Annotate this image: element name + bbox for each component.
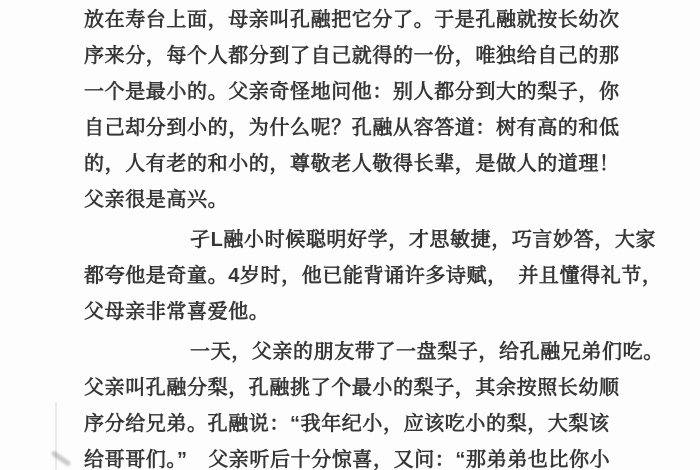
text-line: 都夸他是奇童。4岁时，他已能背诵许多诗赋， 并且懂得礼节， bbox=[84, 258, 680, 294]
paragraph: 孑L融小时候聪明好学，才思敏捷，巧言妙答，大家 都夸他是奇童。4岁时，他已能背诵… bbox=[84, 222, 680, 330]
paragraph: 放在寿台上面，母亲叫孔融把它分了。于是孔融就按长幼次 序来分，每个人都分到了自己… bbox=[84, 2, 680, 218]
text-line: 放在寿台上面，母亲叫孔融把它分了。于是孔融就按长幼次 bbox=[84, 2, 680, 38]
text-line: 孑L融小时候聪明好学，才思敏捷，巧言妙答，大家 bbox=[84, 222, 680, 258]
document-text: 放在寿台上面，母亲叫孔融把它分了。于是孔融就按长幼次 序来分，每个人都分到了自己… bbox=[0, 0, 700, 470]
text-line: 的，人有老的和小的，尊敬老人敬得长辈，是做人的道理！ bbox=[84, 146, 680, 182]
paragraph: 一天，父亲的朋友带了一盘梨子，给孔融兄弟们吃。 父亲叫孔融分梨，孔融挑了个最小的… bbox=[84, 334, 680, 470]
text-line: 一个是最小的。父亲奇怪地问他：别人都分到大的梨子，你 bbox=[84, 74, 680, 110]
text-line: 父亲叫孔融分梨，孔融挑了个最小的梨子，其余按照长幼顺 bbox=[84, 370, 680, 406]
scan-artifact-line bbox=[55, 402, 57, 470]
text-line: 父亲很是高兴。 bbox=[84, 182, 680, 218]
text-line: 序来分，每个人都分到了自己就得的一份，唯独给自己的那 bbox=[84, 38, 680, 74]
text-line: 自己却分到小的，为什么呢？孔融从容答道：树有高的和低 bbox=[84, 110, 680, 146]
text-line: 父母亲非常喜爱他。 bbox=[84, 294, 680, 330]
text-line: 给哥哥们。” 父亲听后十分惊喜，又问：“那弟弟也比你小 bbox=[84, 442, 680, 470]
text-line: 一天，父亲的朋友带了一盘梨子，给孔融兄弟们吃。 bbox=[84, 334, 680, 370]
text-line: 序分给兄弟。孔融说：“我年纪小，应该吃小的梨，大梨该 bbox=[84, 406, 680, 442]
